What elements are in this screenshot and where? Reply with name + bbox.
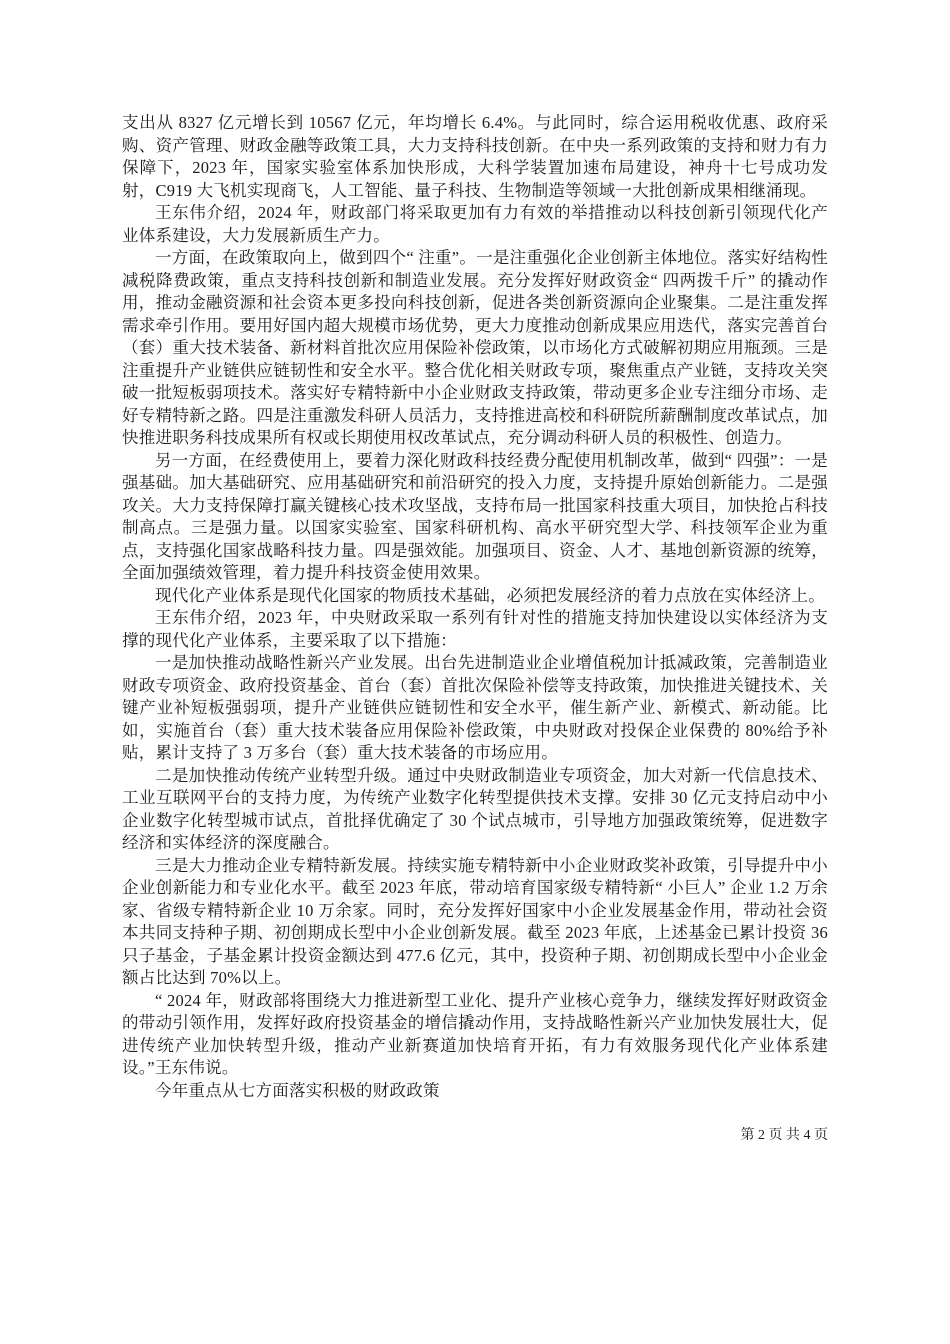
paragraph: 三是大力推动企业专精特新发展。持续实施专精特新中小企业财政奖补政策，引导提升中小… bbox=[122, 855, 828, 990]
paragraph-continuation: 支出从 8327 亿元增长到 10567 亿元，年均增长 6.4%。与此同时，综… bbox=[122, 112, 828, 202]
paragraph: 一方面，在政策取向上，做到四个“ 注重”。一是注重强化企业创新主体地位。落实好结… bbox=[122, 247, 828, 450]
paragraph: 一是加快推动战略性新兴产业发展。出台先进制造业企业增值税加计抵减政策，完善制造业… bbox=[122, 652, 828, 765]
paragraph: 二是加快推动传统产业转型升级。通过中央财政制造业专项资金，加大对新一代信息技术、… bbox=[122, 765, 828, 855]
page-number: 第 2 页 共 4 页 bbox=[741, 1128, 829, 1143]
document-body: 支出从 8327 亿元增长到 10567 亿元，年均增长 6.4%。与此同时，综… bbox=[122, 112, 828, 1102]
paragraph: 现代化产业体系是现代化国家的物质技术基础，必须把发展经济的着力点放在实体经济上。 bbox=[122, 585, 828, 608]
paragraph: 另一方面，在经费使用上，要着力深化财政科技经费分配使用机制改革，做到“ 四强”：… bbox=[122, 450, 828, 585]
paragraph: 王东伟介绍，2023 年，中央财政采取一系列有针对性的措施支持加快建设以实体经济… bbox=[122, 607, 828, 652]
document-page: 支出从 8327 亿元增长到 10567 亿元，年均增长 6.4%。与此同时，综… bbox=[0, 0, 950, 1344]
paragraph: 王东伟介绍，2024 年，财政部门将采取更加有力有效的举措推动以科技创新引领现代… bbox=[122, 202, 828, 247]
paragraph: “ 2024 年，财政部将围绕大力推进新型工业化、提升产业核心竞争力，继续发挥好… bbox=[122, 990, 828, 1080]
page-footer: 第 2 页 共 4 页 bbox=[122, 1127, 828, 1145]
paragraph-section-lead: 今年重点从七方面落实积极的财政政策 bbox=[122, 1080, 828, 1103]
